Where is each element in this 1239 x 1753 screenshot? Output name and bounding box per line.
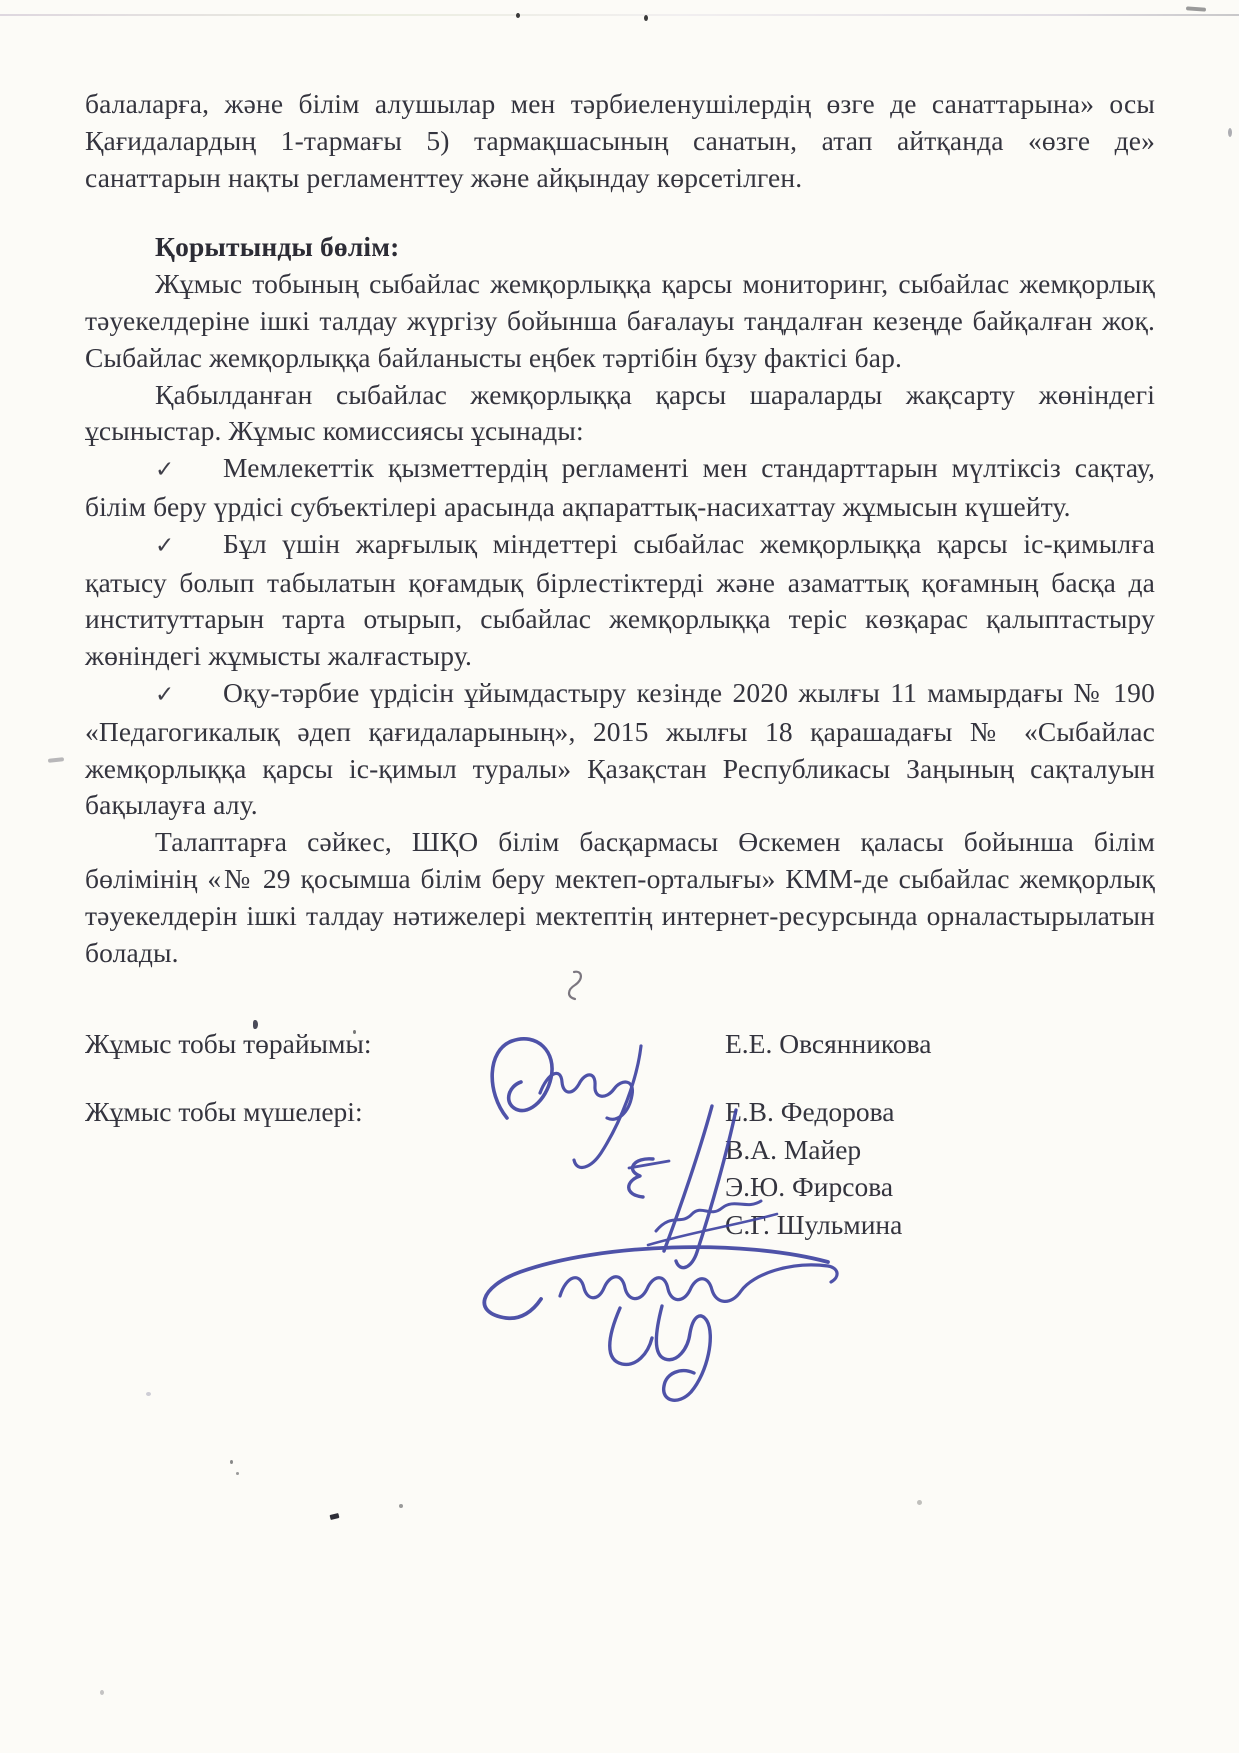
intro-paragraph: балаларға, және білім алушылар мен тәрби… (85, 86, 1155, 196)
check-mark-icon: ✓ (155, 677, 223, 714)
paragraph-proposals: Қабылданған сыбайлас жемқорлыққа қарсы ш… (85, 377, 1155, 451)
member-name: Е.В. Федорова (725, 1093, 902, 1131)
scanned-document-page: балаларға, және білім алушылар мен тәрби… (0, 0, 1239, 1753)
member-name: С.Г. Шульмина (725, 1206, 902, 1244)
scan-speck (230, 1460, 233, 1464)
scan-speck (48, 757, 64, 763)
member-name: Э.Ю. Фирсова (725, 1168, 902, 1206)
paragraph-final: Талаптарға сәйкес, ШҚО білім басқармасы … (85, 824, 1155, 971)
scan-speck (330, 1513, 340, 1520)
paragraph-monitoring: Жұмыс тобының сыбайлас жемқорлыққа қарсы… (85, 266, 1155, 376)
check-mark-icon: ✓ (155, 528, 223, 565)
members-signature-row: Жұмыс тобы мүшелері: Е.В. Федорова В.А. … (85, 1093, 1155, 1243)
conclusion-heading: Қорытынды бөлім: (85, 229, 1155, 266)
scan-speck (1228, 128, 1232, 137)
member-name: В.А. Майер (725, 1131, 902, 1169)
checklist-item-text: Бұл үшін жарғылық міндеттері сыбайлас же… (85, 528, 1155, 671)
checklist-item-text: Оқу-тәрбие үрдісін ұйымдастыру кезінде 2… (85, 677, 1155, 820)
scan-speck (399, 1504, 403, 1508)
chair-label: Жұмыс тобы төрайымы: (85, 1025, 725, 1062)
signature-block: Жұмыс тобы төрайымы: Е.Е. Овсянникова Жұ… (85, 1025, 1155, 1243)
scan-speck (917, 1500, 922, 1505)
chair-name: Е.Е. Овсянникова (725, 1025, 931, 1062)
document-body: балаларға, және білім алушылар мен тәрби… (85, 86, 1155, 1243)
members-label: Жұмыс тобы мүшелері: (85, 1093, 725, 1130)
chair-signature-row: Жұмыс тобы төрайымы: Е.Е. Овсянникова (85, 1025, 1155, 1062)
scan-speck (100, 1690, 104, 1695)
checklist-item: ✓Оқу-тәрбие үрдісін ұйымдастыру кезінде … (85, 675, 1155, 824)
scan-speck (1186, 6, 1206, 11)
scan-speck (236, 1472, 239, 1475)
checklist-item: ✓Мемлекеттік қызметтердің регламенті мен… (85, 450, 1155, 526)
member-names: Е.В. Федорова В.А. Майер Э.Ю. Фирсова С.… (725, 1093, 902, 1243)
scan-speck (146, 1392, 151, 1396)
checklist-item-text: Мемлекеттік қызметтердің регламенті мен … (85, 452, 1155, 522)
check-mark-icon: ✓ (155, 452, 223, 489)
scan-edge-line (0, 14, 1239, 16)
checklist-item: ✓Бұл үшін жарғылық міндеттері сыбайлас ж… (85, 526, 1155, 675)
